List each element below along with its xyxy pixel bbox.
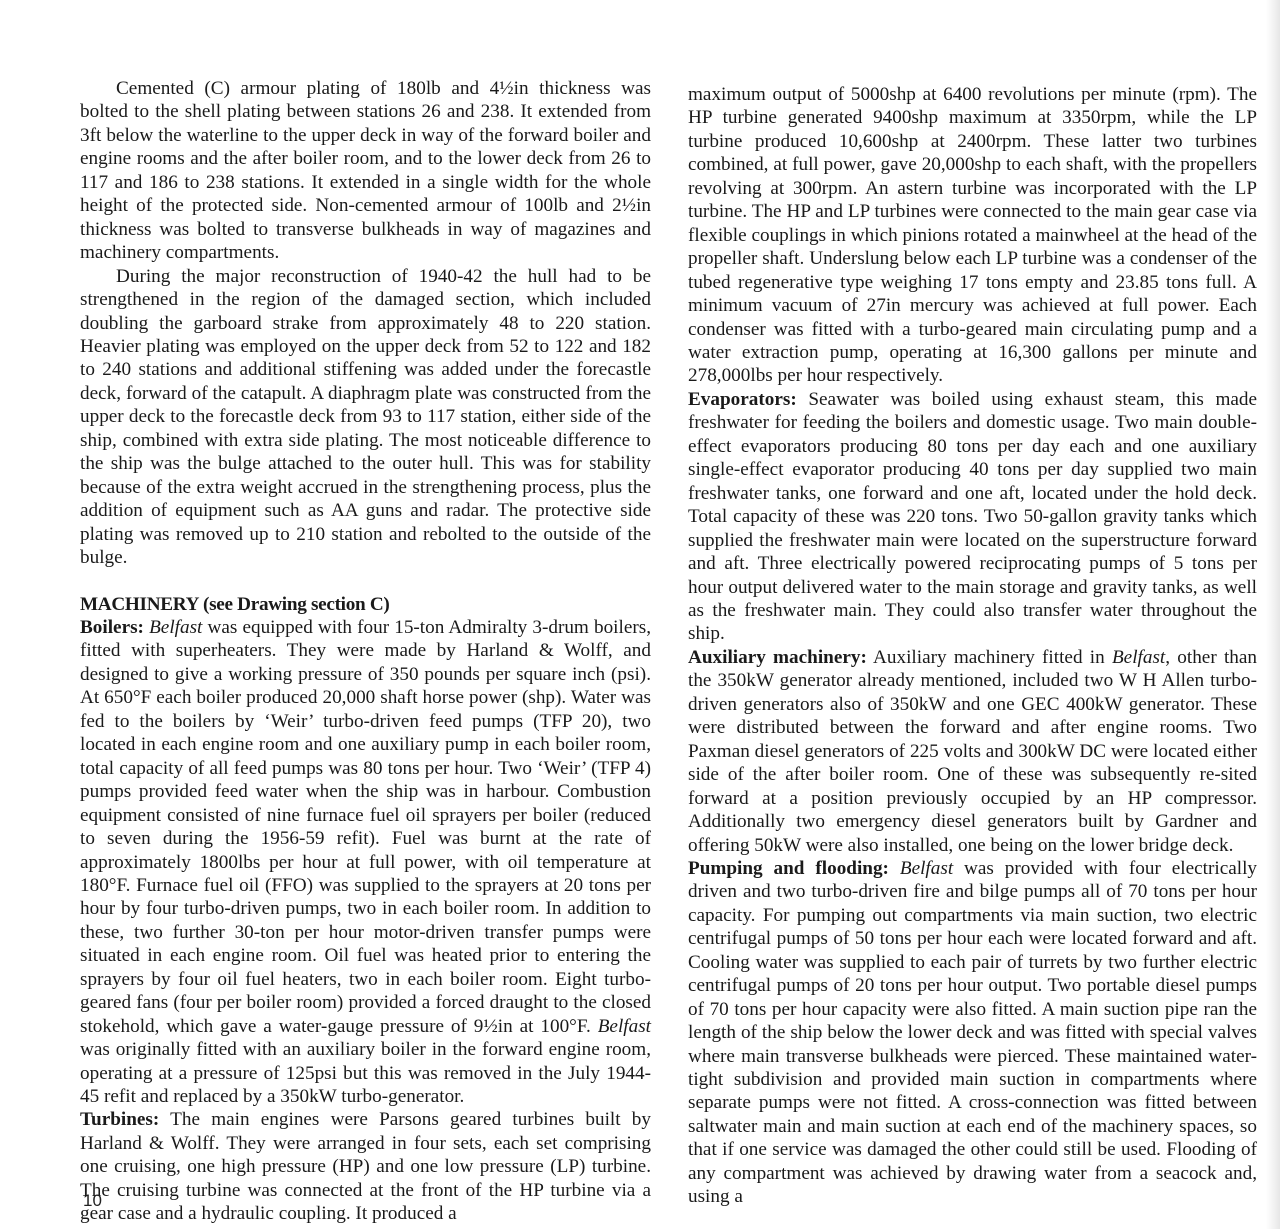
- armour-paragraph: Cemented (C) armour plating of 180lb and…: [80, 77, 651, 265]
- boilers-paragraph: Boilers: Belfast was equipped with four …: [80, 616, 651, 1109]
- ship-name: Belfast: [598, 1016, 651, 1037]
- auxiliary-text-1: Auxiliary machinery fitted in: [867, 647, 1112, 668]
- turbines-label: Turbines:: [80, 1109, 159, 1130]
- evaporators-label: Evaporators:: [688, 389, 797, 410]
- pumping-label: Pumping and flooding:: [688, 858, 889, 879]
- boilers-text-1: was equipped with four 15-ton Admiralty …: [80, 617, 651, 1037]
- turbines-text: The main engines were Parsons geared tur…: [80, 1109, 651, 1224]
- section-gap: [80, 570, 651, 593]
- page-edge-shadow: [1266, 0, 1280, 1229]
- reconstruction-paragraph: During the major reconstruction of 1940-…: [80, 265, 651, 570]
- evaporators-text: Seawater was boiled using exhaust steam,…: [688, 389, 1257, 645]
- turbines-continued-paragraph: maximum output of 5000shp at 6400 revolu…: [688, 83, 1257, 388]
- auxiliary-label: Auxiliary machinery:: [688, 647, 867, 668]
- ship-name: Belfast: [149, 617, 202, 638]
- machinery-section-heading: MACHINERY (see Drawing section C): [80, 593, 651, 616]
- page-number: 10: [83, 1191, 102, 1211]
- pumping-flooding-paragraph: Pumping and flooding: Belfast was provid…: [688, 857, 1257, 1209]
- evaporators-paragraph: Evaporators: Seawater was boiled using e…: [688, 388, 1257, 646]
- turbines-paragraph: Turbines: The main engines were Parsons …: [80, 1108, 651, 1225]
- right-column: maximum output of 5000shp at 6400 revolu…: [688, 83, 1257, 1209]
- pumping-text: was provided with four electrically driv…: [688, 858, 1257, 1207]
- auxiliary-text-2: , other than the 350kW generator already…: [688, 647, 1257, 856]
- ship-name: Belfast: [900, 858, 953, 879]
- ship-name: Belfast: [1112, 647, 1165, 668]
- boilers-text-2: was originally fitted with an auxiliary …: [80, 1039, 651, 1107]
- left-column: Cemented (C) armour plating of 180lb and…: [80, 77, 651, 1226]
- auxiliary-machinery-paragraph: Auxiliary machinery: Auxiliary machinery…: [688, 646, 1257, 857]
- boilers-label: Boilers:: [80, 617, 144, 638]
